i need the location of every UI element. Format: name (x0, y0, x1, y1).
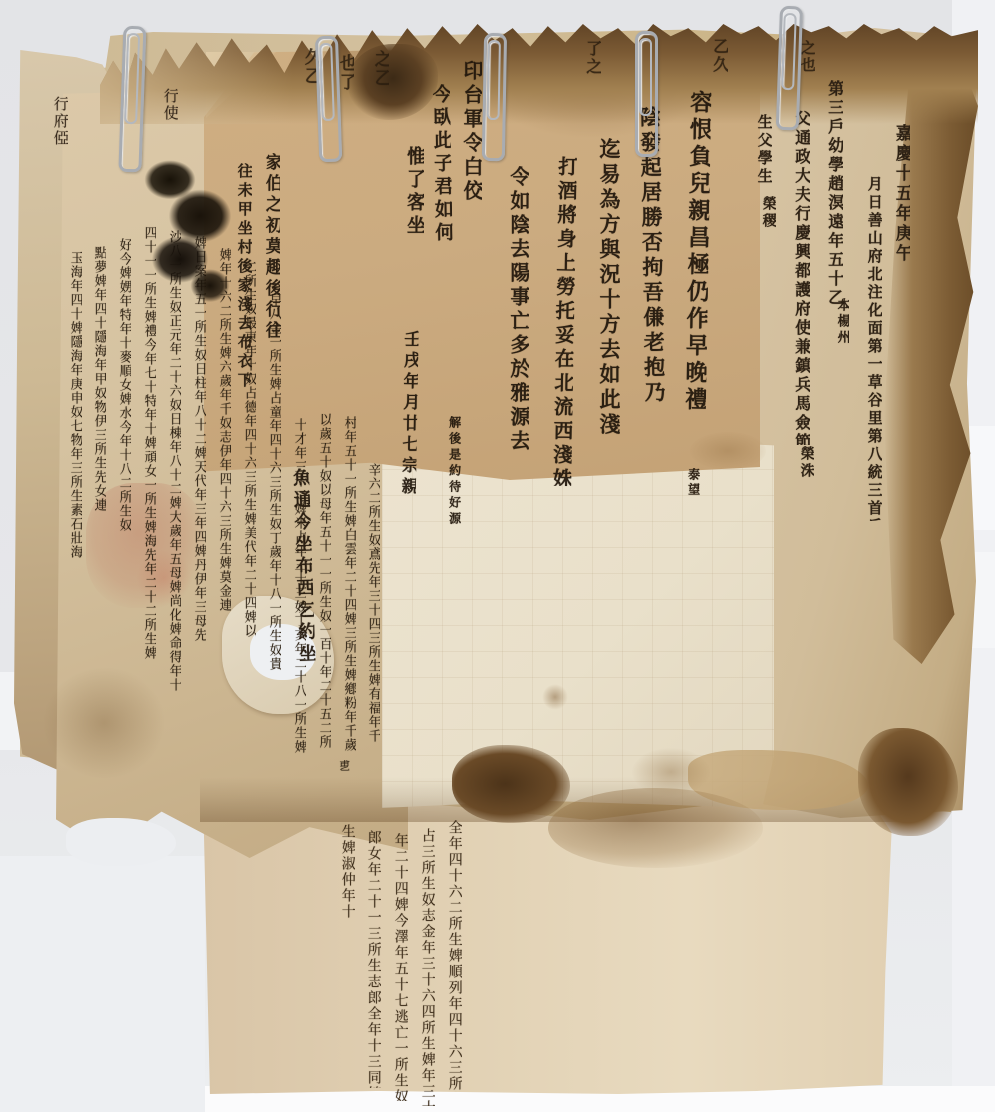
paper-clip-inner-wire (319, 43, 335, 122)
bottom-left-white-gap (66, 818, 176, 866)
paper-clip-inner-wire (781, 13, 797, 91)
text-column-father-line: 父通政大夫行慶興都護府使兼鎮兵馬僉節制使 (793, 110, 810, 445)
text-column-slave-col-8: 婢日案年五一所生奴日柱年八十二婢天代年三年四婢丹伊年三母先 (192, 236, 206, 754)
paper-clip-icon (635, 31, 652, 151)
text-column-left-strip-title: 行府俹 (52, 96, 68, 251)
paper-clip-inner-wire (639, 38, 652, 116)
text-column-bottom-col-4: 郎女年二十一三所生志郎全年十三同婢順列一所生 (366, 830, 381, 1088)
bottom-page-blotch (548, 788, 763, 868)
text-column-slave-col-11: 好今婢娚年特年十麥順女婢水今年十八二所生奴 (117, 238, 131, 708)
text-column-slave-col-2: 村年五十一所生婢白雲年二十四婢三所生婢鄕粉年千歲 (342, 416, 356, 778)
text-column-birth-father-name: 榮稷 (761, 196, 776, 236)
text-column-slave-col-1: 辛六二所生奴鳶先年三十四三所生婢有福年千 (366, 463, 380, 755)
text-column-letter-col-3: 迄易為方與況十方去如此淺 (598, 138, 620, 463)
text-column-father-name: 榮洙 (799, 446, 814, 486)
text-column-slave-col-4: 十才年三十二婢米占年三十三奴丁亥年二十八一所生婢 (292, 418, 306, 778)
text-column-letter-top-frag-1: 之乙 (371, 50, 389, 128)
text-column-bottom-col-2: 占三所生奴志金年三十六四所生婢年三十九逃亡婢八點 (420, 828, 435, 1106)
text-column-slave-col-5: 早八金一所生婢占童年四十六三所生奴丁歲年十八一所生奴貴 (267, 293, 281, 775)
text-column-slave-col-13: 玉海年四十婢隱海年庚申奴七物年三所生素石壯海 (68, 251, 82, 669)
torn-hole-dark (452, 745, 570, 823)
text-column-clan-seat: 本楊州 (835, 298, 849, 353)
paper-clip-icon (315, 36, 336, 157)
text-column-letter-top-frag-4: 了之 (584, 40, 601, 108)
background-bottom-left (0, 856, 205, 1112)
text-column-slave-col-6: 二所生奴最東年十奴占德年四十六三所生婢美代年二十四婢以 (242, 260, 256, 702)
text-column-slave-col-10: 四十一一所生婢禮今年七十特年十婢頑女一所生婢海先年二十二所生婢 (142, 226, 156, 804)
manuscript-photo: 嘉慶十五年庚午月日善山府北注化面第一草谷里第八統三首戶帳卜第三戶幼學趙溟遠年五十… (0, 0, 995, 1112)
text-column-household-line: 第三戶幼學趙溟遠年五十乙亥 (826, 80, 843, 305)
paper-clip-icon (482, 33, 501, 155)
text-column-slave-col-7: 婢年十六二所生婢六歲年千奴志伊年四十六三所生婢莫金連 (217, 248, 231, 703)
paper-clip-inner-wire (487, 40, 501, 120)
text-column-letter-col-6: 印台軍令白佼 (461, 60, 482, 250)
pale-sheet-dot (542, 684, 568, 710)
text-column-slave-col-3: 以歲五十奴以母年五十一一所生奴一百十年二十五二所 (317, 413, 331, 783)
text-column-slave-col-12: 點夢婢年四十隱海年甲奴物伊三所生先女連 (92, 246, 106, 698)
text-column-bottom-col-1: 全年四十六二所生婢順列年四十六三所生婢貴到年 (447, 820, 462, 1092)
text-column-bottom-col-3: 年二十四婢今澤年五十七逃亡一所生奴點豹年二十 (393, 833, 408, 1101)
text-column-letter-note-small: 解後是約待好源以 (448, 416, 461, 526)
ink-blob (140, 158, 240, 303)
text-column-letter-col-5: 令如陰去陽事亡多於雅源去 (508, 166, 529, 484)
text-column-date: 嘉慶十五年庚午 (892, 124, 910, 264)
text-column-place-line: 月日善山府北注化面第一草谷里第八統三首戶帳卜 (866, 176, 882, 521)
text-column-bottom-col-5: 生婢淑仲年十 (340, 824, 355, 974)
text-column-slave-col-9: 沙八一所生奴正元年二十六奴日棟年八十二婢大歲年五母婢尚化婢命得年十 (167, 230, 181, 802)
paper-clip-icon (776, 6, 797, 125)
paper-clip-icon (119, 26, 141, 167)
text-column-letter-col-8: 惟了客坐 (404, 146, 424, 321)
text-column-birth-father-line: 生父學生 (756, 114, 772, 186)
text-column-letter-top-frag-5: 乙久 (711, 38, 728, 106)
text-column-edge-frag: 乶 (338, 760, 350, 792)
